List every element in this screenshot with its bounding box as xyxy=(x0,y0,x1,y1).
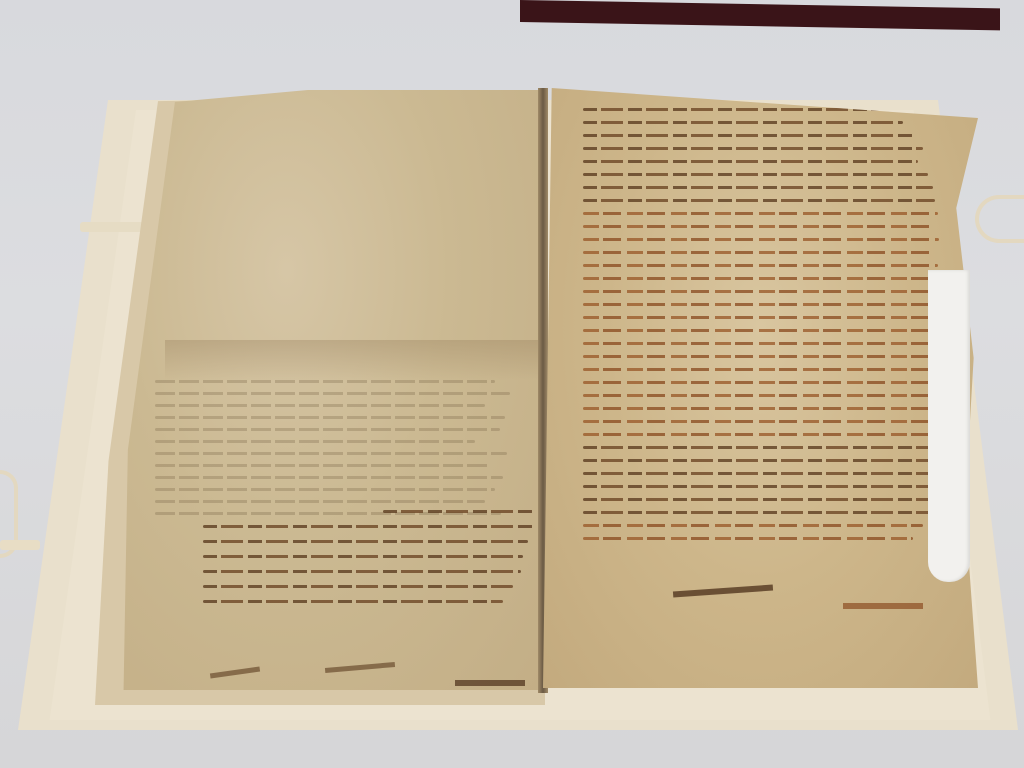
signature-left-2 xyxy=(325,662,395,673)
dark-surface-edge xyxy=(520,0,1000,30)
manuscript-right-page xyxy=(543,88,978,688)
folder-tie-left xyxy=(0,540,40,550)
handwritten-paragraph-left xyxy=(203,510,538,603)
signature-right-2 xyxy=(843,603,923,609)
signature-left-1 xyxy=(210,667,260,679)
handwritten-text-right xyxy=(583,108,943,540)
manuscript-left-page xyxy=(115,90,543,690)
folder-tie-right xyxy=(975,195,1024,243)
page-crease xyxy=(165,340,543,380)
signature-left-3 xyxy=(455,680,525,686)
signature-right-1 xyxy=(673,585,773,598)
bone-folder-bookmark xyxy=(928,270,970,582)
bleed-through-text xyxy=(155,380,515,515)
folder-tie-top-left xyxy=(80,222,150,232)
